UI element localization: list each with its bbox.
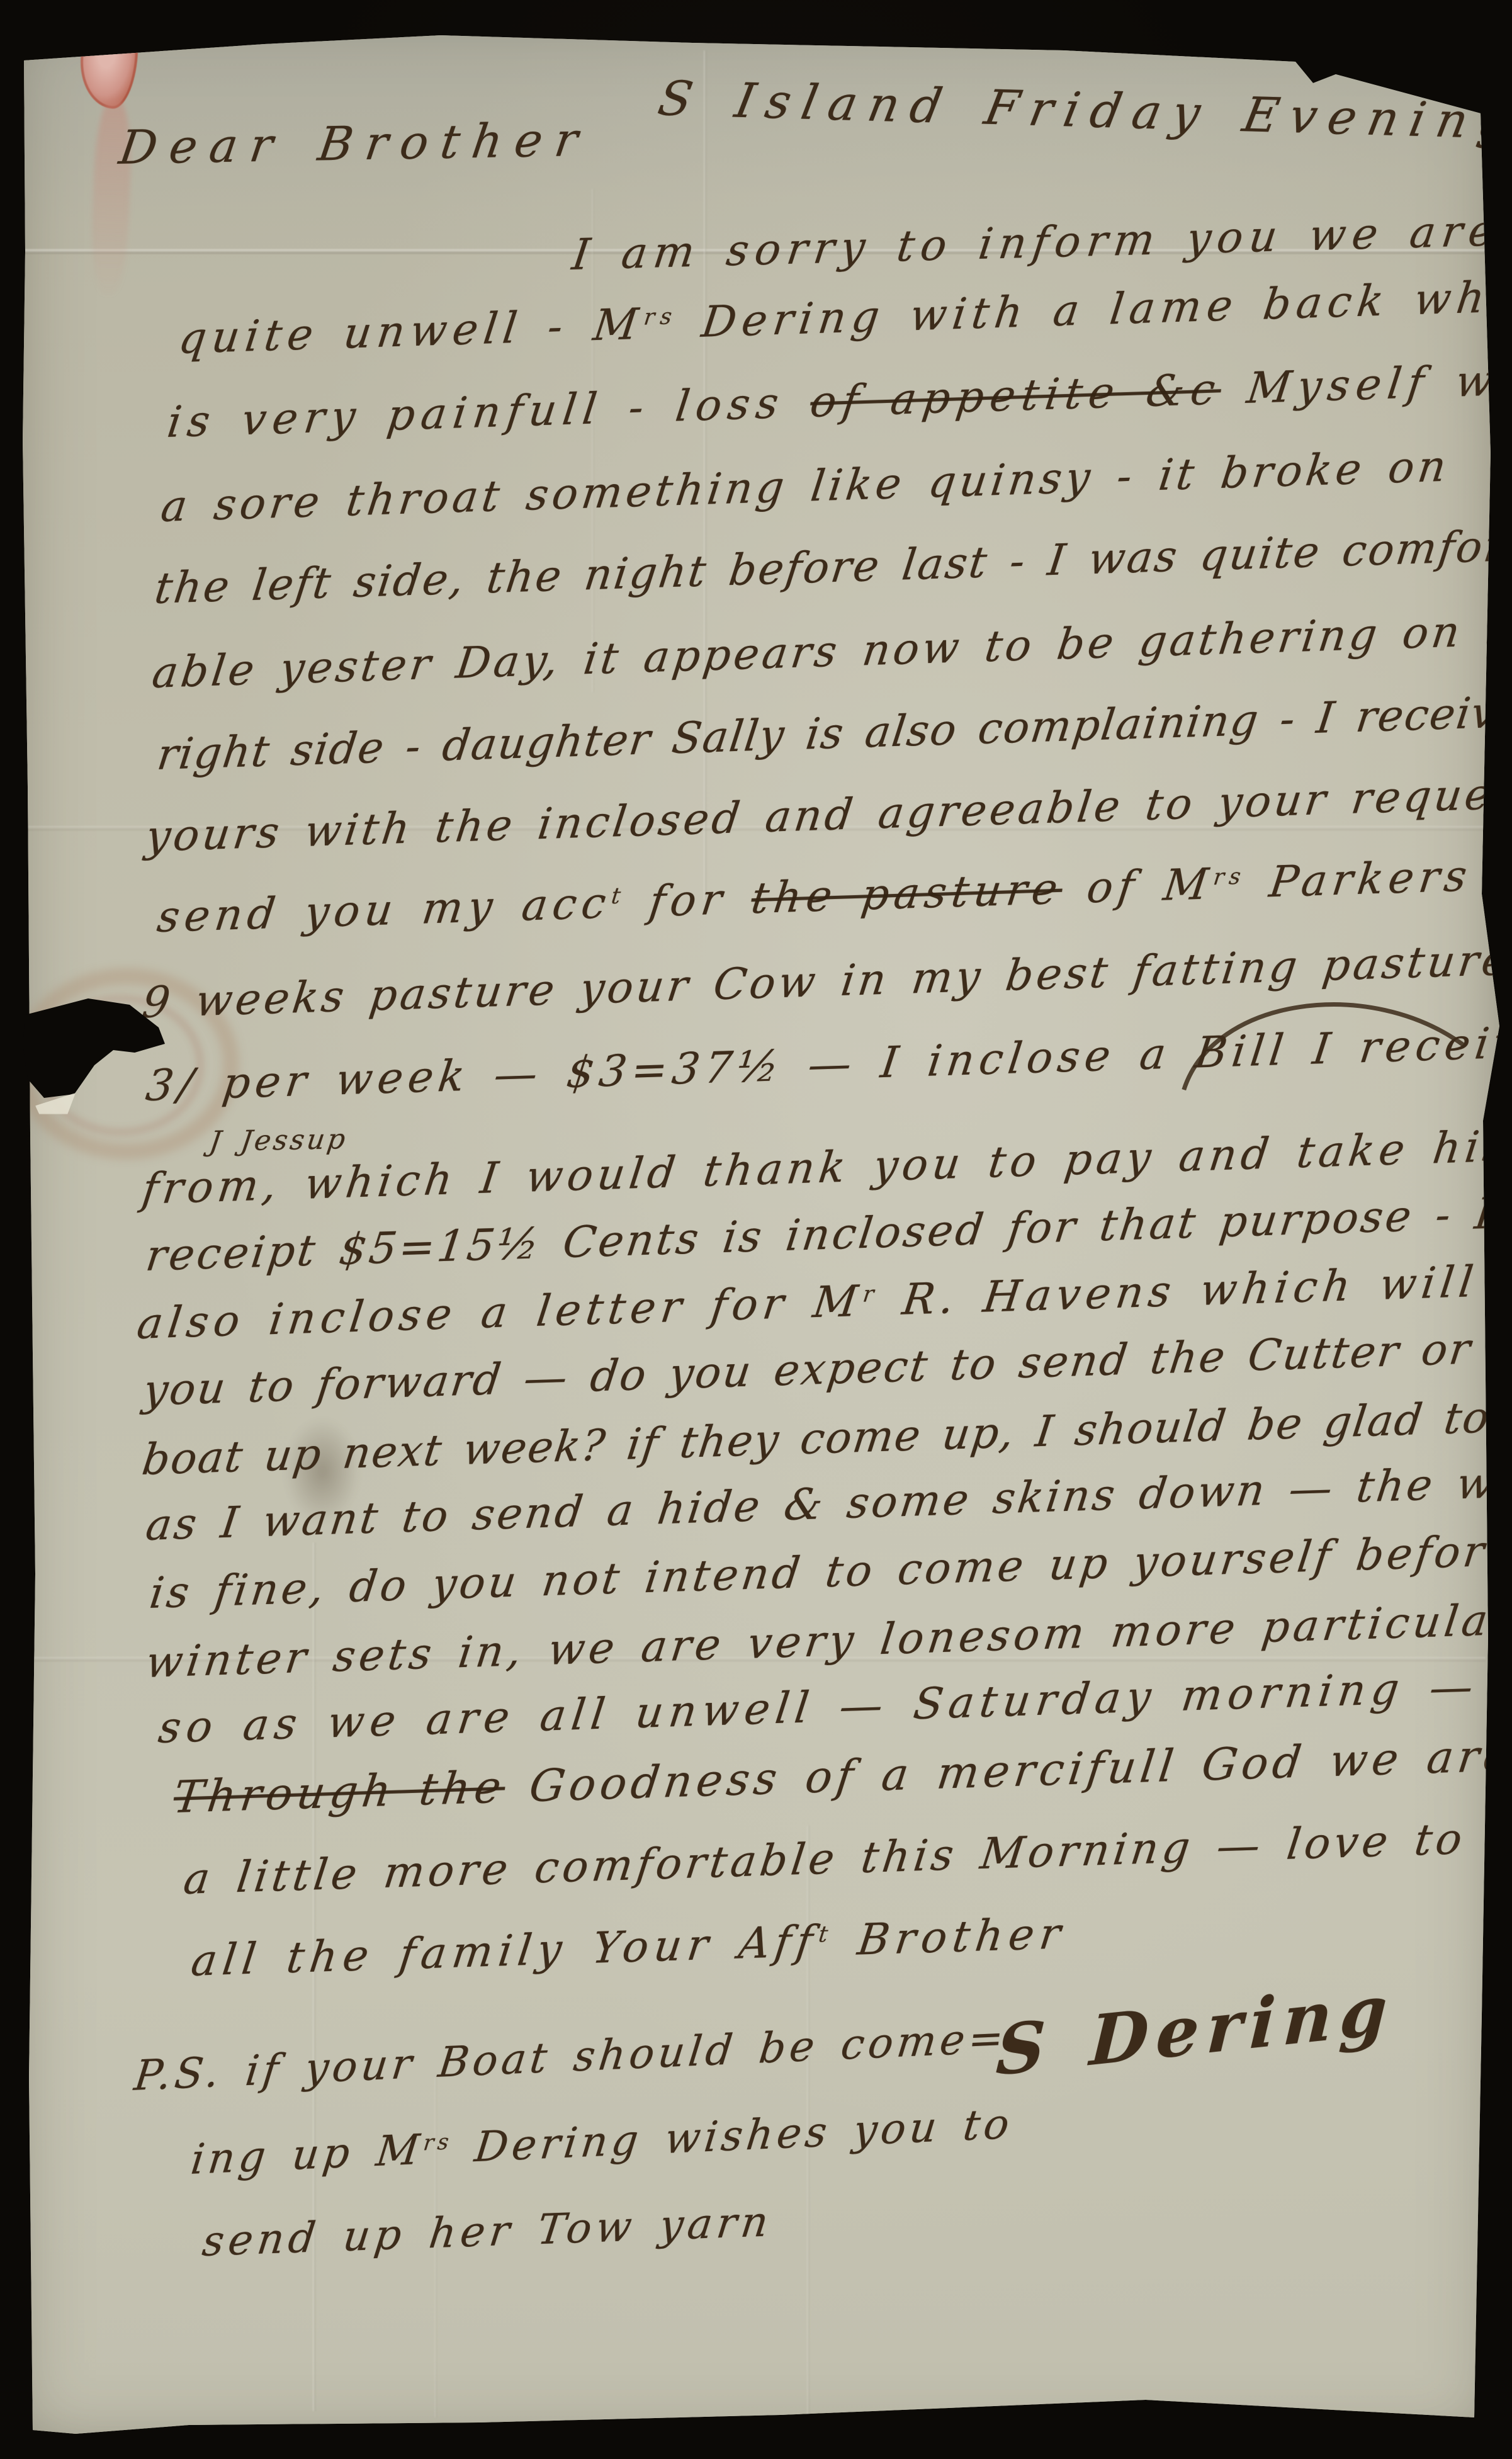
body-line-5: the left side, the night before last - I… (152, 523, 1512, 611)
salutation: Dear Brother (116, 116, 593, 171)
body-line-6: able yester Day, it appears now to be ga… (150, 608, 1512, 695)
body-line-8: yours with the inclosed and agreeable to… (144, 772, 1512, 859)
body-line-23: all the family Your Afft Brother (189, 1913, 1069, 1983)
postscript-line-3: send up her Tow yarn (200, 2201, 775, 2263)
signature: S Dering (995, 1975, 1396, 2086)
body-line-2: quite unwell - Mrs Dering with a lame ba… (176, 274, 1512, 361)
body-line-3: is very painfull - loss of appetite &c M… (165, 357, 1512, 444)
letter-paper: S Island Friday EveningDear BrotherI am … (0, 0, 1512, 2459)
postscript-line-1: P.S. if your Boat should be come= (132, 2017, 1010, 2097)
body-line-9: send you my acct for the pasture of Mrs … (155, 851, 1512, 939)
photo-background: S Island Friday EveningDear BrotherI am … (0, 0, 1512, 2459)
body-line-4: a sore throat something like quinsy - it… (159, 445, 1452, 529)
body-line-22: a little more comfortable this Morning —… (181, 1818, 1468, 1901)
body-line-7: right side - daughter Sally is also comp… (155, 690, 1512, 777)
interline-insert: J Jessup (208, 1126, 349, 1156)
